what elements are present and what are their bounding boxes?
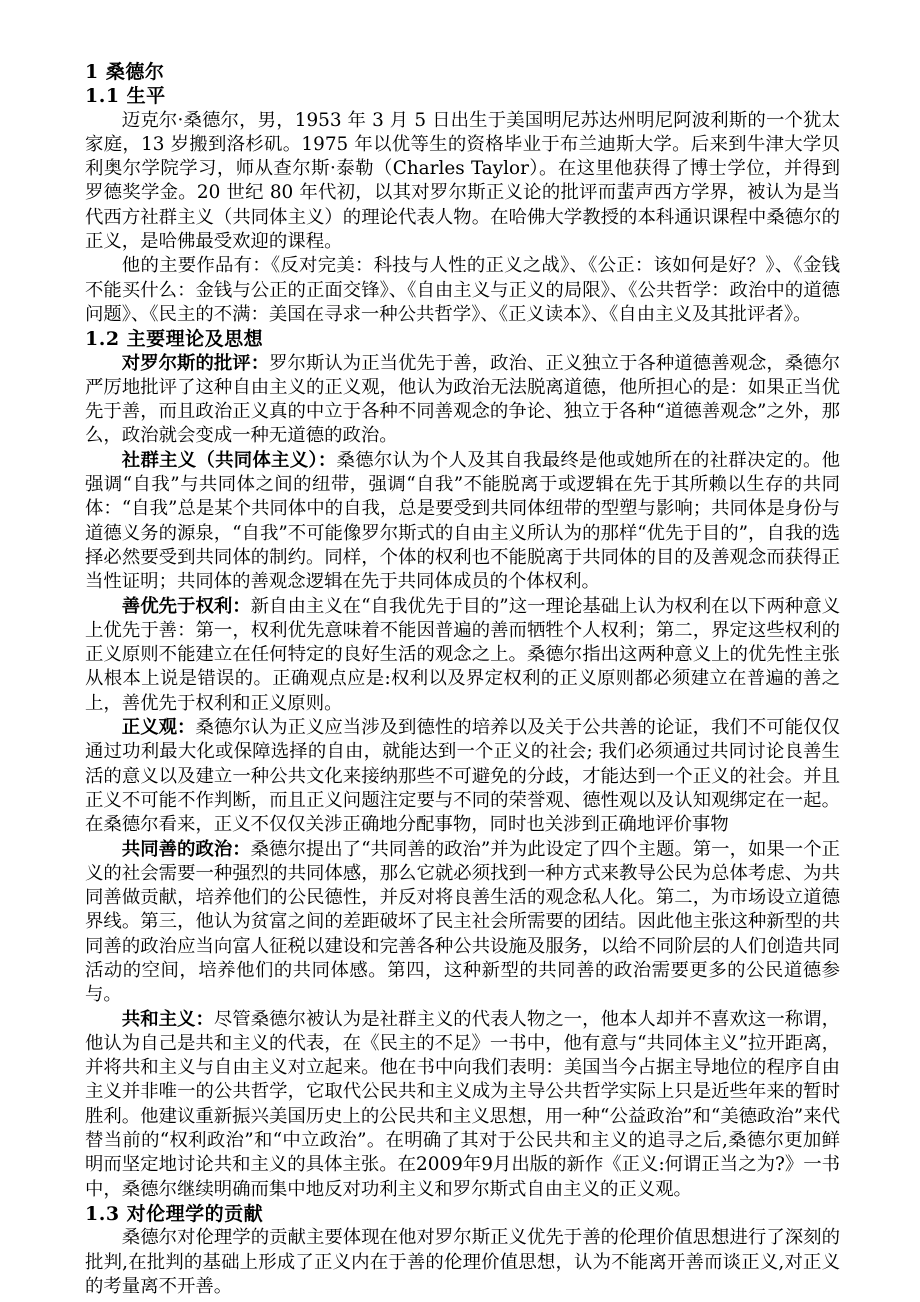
heading-main-theories: 1.2 主要理论及思想 bbox=[85, 327, 840, 351]
paragraph-politics-of-common-good: 共同善的政治：桑德尔提出了“共同善的政治”并为此设定了四个主题。第一，如果一个正… bbox=[85, 838, 840, 1008]
paragraph-communitarianism: 社群主义（共同体主义）：桑德尔认为个人及其自我最终是他或她所在的社群决定的。他强… bbox=[85, 449, 840, 595]
text-politics-of-common-good: 桑德尔提出了“共同善的政治”并为此设定了四个主题。第一，如果一个正义的社会需要一… bbox=[85, 839, 840, 1006]
document-body: 1 桑德尔 1.1 生平 迈克尔·桑德尔，男，1953 年 3 月 5 日出生于… bbox=[85, 60, 840, 1299]
paragraph-major-works: 他的主要作品有：《反对完美：科技与人性的正义之战》、《公正：该如何是好？》、《金… bbox=[85, 254, 840, 327]
heading-contribution-to-ethics: 1.3 对伦理学的贡献 bbox=[85, 1202, 840, 1226]
lead-politics-of-common-good: 共同善的政治： bbox=[122, 839, 251, 860]
paragraph-critique-of-rawls: 对罗尔斯的批评：罗尔斯认为正当优先于善，政治、正义独立于各种道德善观念，桑德尔严… bbox=[85, 352, 840, 449]
paragraph-biography: 迈克尔·桑德尔，男，1953 年 3 月 5 日出生于美国明尼苏达州明尼阿波利斯… bbox=[85, 109, 840, 255]
document-page: 1 桑德尔 1.1 生平 迈克尔·桑德尔，男，1953 年 3 月 5 日出生于… bbox=[0, 0, 920, 1302]
text-republicanism: 尽管桑德尔被认为是社群主义的代表人物之一，他本人却并不喜欢这一称谓，他认为自己是… bbox=[85, 1009, 840, 1200]
lead-communitarianism: 社群主义（共同体主义）： bbox=[122, 450, 337, 471]
text-view-of-justice: 桑德尔认为正义应当涉及到德性的培养以及关于公共善的论证，我们不可能仅仅通过功利最… bbox=[85, 717, 840, 835]
paragraph-contribution-to-ethics: 桑德尔对伦理学的贡献主要体现在他对罗尔斯正义优先于善的伦理价值思想进行了深刻的批… bbox=[85, 1226, 840, 1299]
paragraph-view-of-justice: 正义观：桑德尔认为正义应当涉及到德性的培养以及关于公共善的论证，我们不可能仅仅通… bbox=[85, 716, 840, 837]
heading-chapter-sandel: 1 桑德尔 bbox=[85, 60, 840, 84]
lead-good-over-rights: 善优先于权利： bbox=[122, 596, 251, 617]
lead-critique-of-rawls: 对罗尔斯的批评： bbox=[122, 353, 269, 374]
paragraph-republicanism: 共和主义：尽管桑德尔被认为是社群主义的代表人物之一，他本人却并不喜欢这一称谓，他… bbox=[85, 1008, 840, 1202]
lead-republicanism: 共和主义： bbox=[122, 1009, 214, 1030]
lead-view-of-justice: 正义观： bbox=[122, 717, 196, 738]
text-communitarianism: 桑德尔认为个人及其自我最终是他或她所在的社群决定的。他强调“自我”与共同体之间的… bbox=[85, 450, 840, 592]
paragraph-good-over-rights: 善优先于权利：新自由主义在“自我优先于目的”这一理论基础上认为权利在以下两种意义… bbox=[85, 595, 840, 716]
heading-biography: 1.1 生平 bbox=[85, 84, 840, 108]
